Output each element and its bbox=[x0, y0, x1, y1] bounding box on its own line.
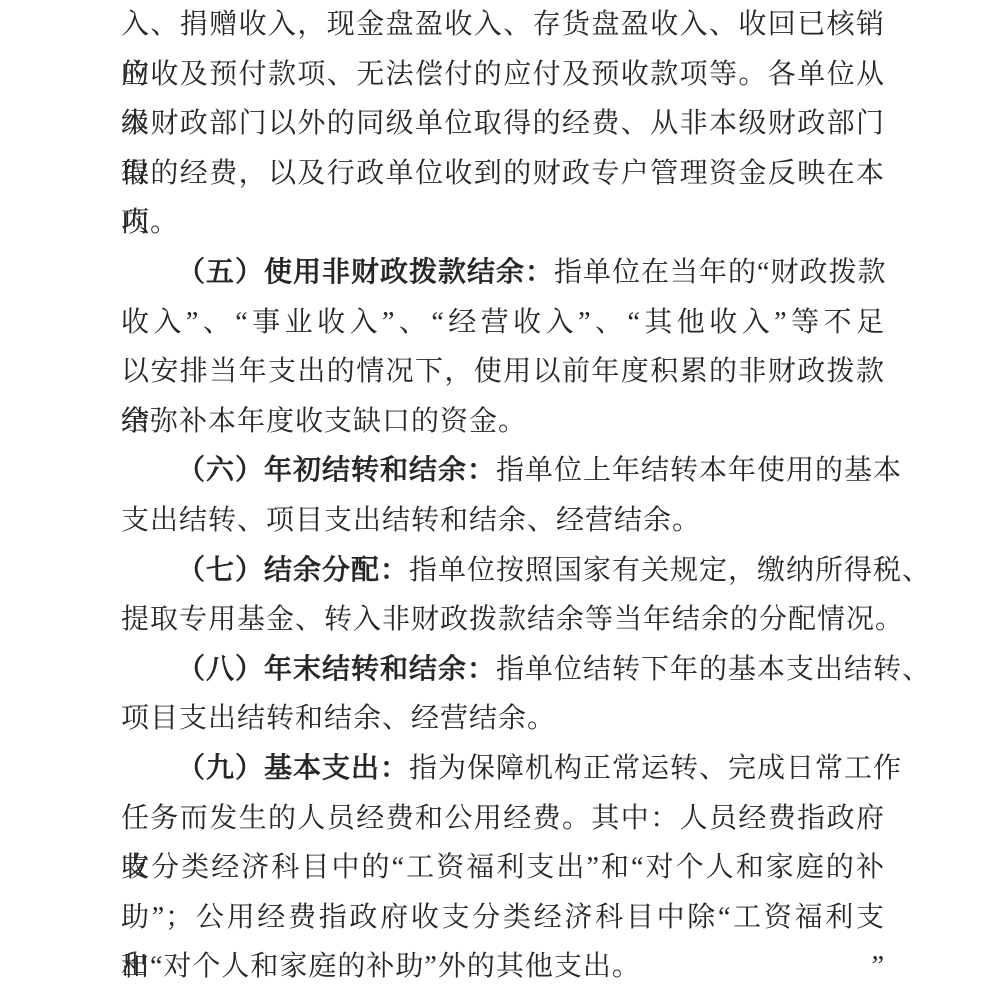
section-heading: （六）年初结转和结余： bbox=[177, 455, 496, 486]
body-text: 和“对个人和家庭的补助”外的其他支出。 bbox=[121, 951, 641, 982]
para-continuation: 入、捐赠收入，现金盘盈收入、存货盘盈收入、收回已核销的应收及预付款项、无法偿付的… bbox=[121, 0, 885, 248]
text-line: 应收及预付款项、无法偿付的应付及预收款项等。各单位从本 bbox=[121, 50, 885, 100]
text-line: （九）基本支出：指为保障机构正常运转、完成日常工作 bbox=[121, 744, 885, 794]
text-line: 项目支出结转和结余、经营结余。 bbox=[121, 694, 885, 744]
text-line: 得的经费，以及行政单位收到的财政专户管理资金反映在本项 bbox=[121, 149, 885, 199]
text-line: 以安排当年支出的情况下，使用以前年度积累的非财政拨款结 bbox=[121, 347, 885, 397]
text-line: 入、捐赠收入，现金盘盈收入、存货盘盈收入、收回已核销的 bbox=[121, 0, 885, 50]
body-text: 内。 bbox=[121, 207, 179, 238]
section-heading: （七）结余分配： bbox=[177, 555, 409, 586]
body-text: 余弥补本年度收支缺口的资金。 bbox=[121, 406, 527, 437]
body-text: 指单位在当年的“财政拨款 bbox=[554, 257, 886, 288]
para-item-7-surplus-distribution: （七）结余分配：指单位按照国家有关规定，缴纳所得税、提取专用基金、转入非财政拨款… bbox=[121, 546, 885, 645]
body-text: 提取专用基金、转入非财政拨款结余等当年结余的分配情况。 bbox=[121, 604, 904, 635]
text-line: （八）年末结转和结余：指单位结转下年的基本支出结转、 bbox=[121, 645, 885, 695]
text-line: 任务而发生的人员经费和公用经费。其中：人员经费指政府收 bbox=[121, 794, 885, 844]
body-text: 收入”、“事业收入”、“经营收入”、“其他收入”等不足 bbox=[121, 307, 885, 338]
text-line: 支出结转、项目支出结转和结余、经营结余。 bbox=[121, 496, 885, 546]
section-heading: （五）使用非财政拨款结余： bbox=[177, 257, 554, 288]
text-line: 支分类经济科目中的“工资福利支出”和“对个人和家庭的补 bbox=[121, 843, 885, 893]
text-line: （六）年初结转和结余：指单位上年结转本年使用的基本 bbox=[121, 446, 885, 496]
document-body: 入、捐赠收入，现金盘盈收入、存货盘盈收入、收回已核销的应收及预付款项、无法偿付的… bbox=[121, 0, 885, 992]
body-text: 支出结转、项目支出结转和结余、经营结余。 bbox=[121, 505, 701, 536]
document-page: 入、捐赠收入，现金盘盈收入、存货盘盈收入、收回已核销的应收及预付款项、无法偿付的… bbox=[0, 0, 1000, 992]
text-line: 提取专用基金、转入非财政拨款结余等当年结余的分配情况。 bbox=[121, 595, 885, 645]
section-heading: （九）基本支出： bbox=[177, 753, 409, 784]
body-text: 支分类经济科目中的“工资福利支出”和“对个人和家庭的补 bbox=[121, 852, 885, 883]
text-line: 助”；公用经费指政府收支分类经济科目中除“工资福利支出” bbox=[121, 893, 885, 943]
para-item-6-beginning-of-year-carryover-and-surplus: （六）年初结转和结余：指单位上年结转本年使用的基本支出结转、项目支出结转和结余、… bbox=[121, 446, 885, 545]
text-line: 收入”、“事业收入”、“经营收入”、“其他收入”等不足 bbox=[121, 298, 885, 348]
section-heading: （八）年末结转和结余： bbox=[177, 654, 496, 685]
para-item-9-basic-expenditure: （九）基本支出：指为保障机构正常运转、完成日常工作任务而发生的人员经费和公用经费… bbox=[121, 744, 885, 992]
text-line: （五）使用非财政拨款结余：指单位在当年的“财政拨款 bbox=[121, 248, 885, 298]
body-text: 指单位上年结转本年使用的基本 bbox=[496, 455, 902, 486]
body-text: 项目支出结转和结余、经营结余。 bbox=[121, 703, 556, 734]
text-line: 级财政部门以外的同级单位取得的经费、从非本级财政部门取 bbox=[121, 99, 885, 149]
body-text: 指单位按照国家有关规定，缴纳所得税、 bbox=[409, 555, 931, 586]
text-line: 内。 bbox=[121, 198, 885, 248]
para-item-8-end-of-year-carryover-and-surplus: （八）年末结转和结余：指单位结转下年的基本支出结转、项目支出结转和结余、经营结余… bbox=[121, 645, 885, 744]
body-text: 指单位结转下年的基本支出结转、 bbox=[496, 654, 931, 685]
text-line: 余弥补本年度收支缺口的资金。 bbox=[121, 397, 885, 447]
body-text: 指为保障机构正常运转、完成日常工作 bbox=[409, 753, 902, 784]
para-item-5-use-of-non-fiscal-appropriation-surplus: （五）使用非财政拨款结余：指单位在当年的“财政拨款收入”、“事业收入”、“经营收… bbox=[121, 248, 885, 446]
text-line: （七）结余分配：指单位按照国家有关规定，缴纳所得税、 bbox=[121, 546, 885, 596]
